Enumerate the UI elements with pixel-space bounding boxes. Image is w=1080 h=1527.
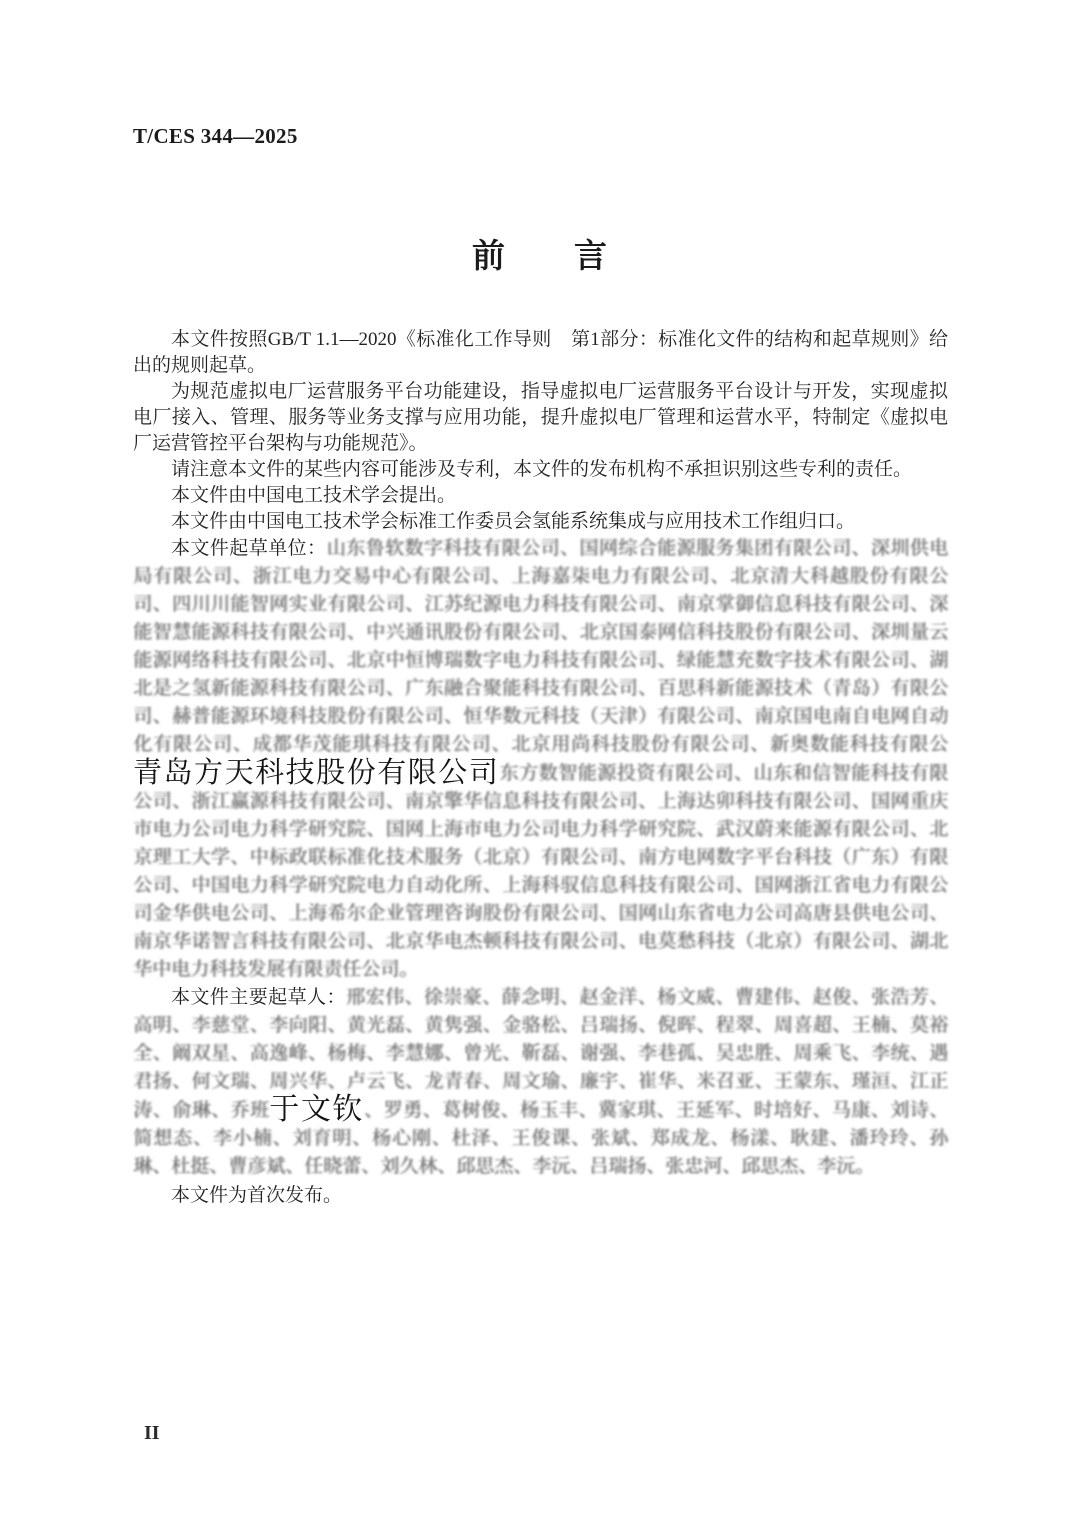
- paragraph-drafting-units: 本文件起草单位：山东鲁软数字科技有限公司、国网综合能源服务集团有限公司、深圳供电…: [133, 535, 948, 984]
- paragraph-centralized-by: 本文件由中国电工技术学会标准工作委员会氢能系统集成与应用技术工作组归口。: [133, 509, 948, 535]
- drafters-label: 本文件主要起草人：: [171, 987, 346, 1008]
- doc-number: T/CES 344—2025: [133, 124, 298, 149]
- foreword-body: 本文件按照GB/T 1.1—2020《标准化工作导则 第1部分：标准化文件的结构…: [133, 327, 948, 1209]
- document-page: T/CES 344—2025 前 言 本文件按照GB/T 1.1—2020《标准…: [0, 0, 1080, 1527]
- page-number: II: [144, 1422, 160, 1445]
- paragraph-patent-note: 请注意本文件的某些内容可能涉及专利，本文件的发布机构不承担识别这些专利的责任。: [133, 457, 948, 483]
- paragraph-proposed-by: 本文件由中国电工技术学会提出。: [133, 483, 948, 509]
- page-title: 前 言: [0, 230, 1080, 277]
- drafting-units-blurred-part1: 山东鲁软数字科技有限公司、国网综合能源服务集团有限公司、深圳供电局有限公司、浙江…: [133, 538, 948, 755]
- drafting-units-blurred-part2: 东方数智能源投资有限公司、山东和信智能科技有限公司、浙江赢源科技有限公司、南京擎…: [133, 763, 948, 980]
- paragraph-first-release: 本文件为首次发布。: [133, 1183, 948, 1209]
- drafters-overlay-person-name: 于文钦: [269, 1093, 363, 1126]
- drafting-units-overlay-company-name: 青岛方天科技股份有限公司: [133, 757, 499, 789]
- drafting-units-label: 本文件起草单位：: [171, 538, 326, 559]
- paragraph-purpose: 为规范虚拟电厂运营服务平台功能建设，指导虚拟电厂运营服务平台设计与开发，实现虚拟…: [133, 379, 948, 457]
- paragraph-drafters: 本文件主要起草人：邢宏伟、徐崇豪、薛念明、赵金洋、杨文威、曹建伟、赵俊、张浩芳、…: [133, 984, 948, 1181]
- paragraph-rule-basis: 本文件按照GB/T 1.1—2020《标准化工作导则 第1部分：标准化文件的结构…: [133, 327, 948, 379]
